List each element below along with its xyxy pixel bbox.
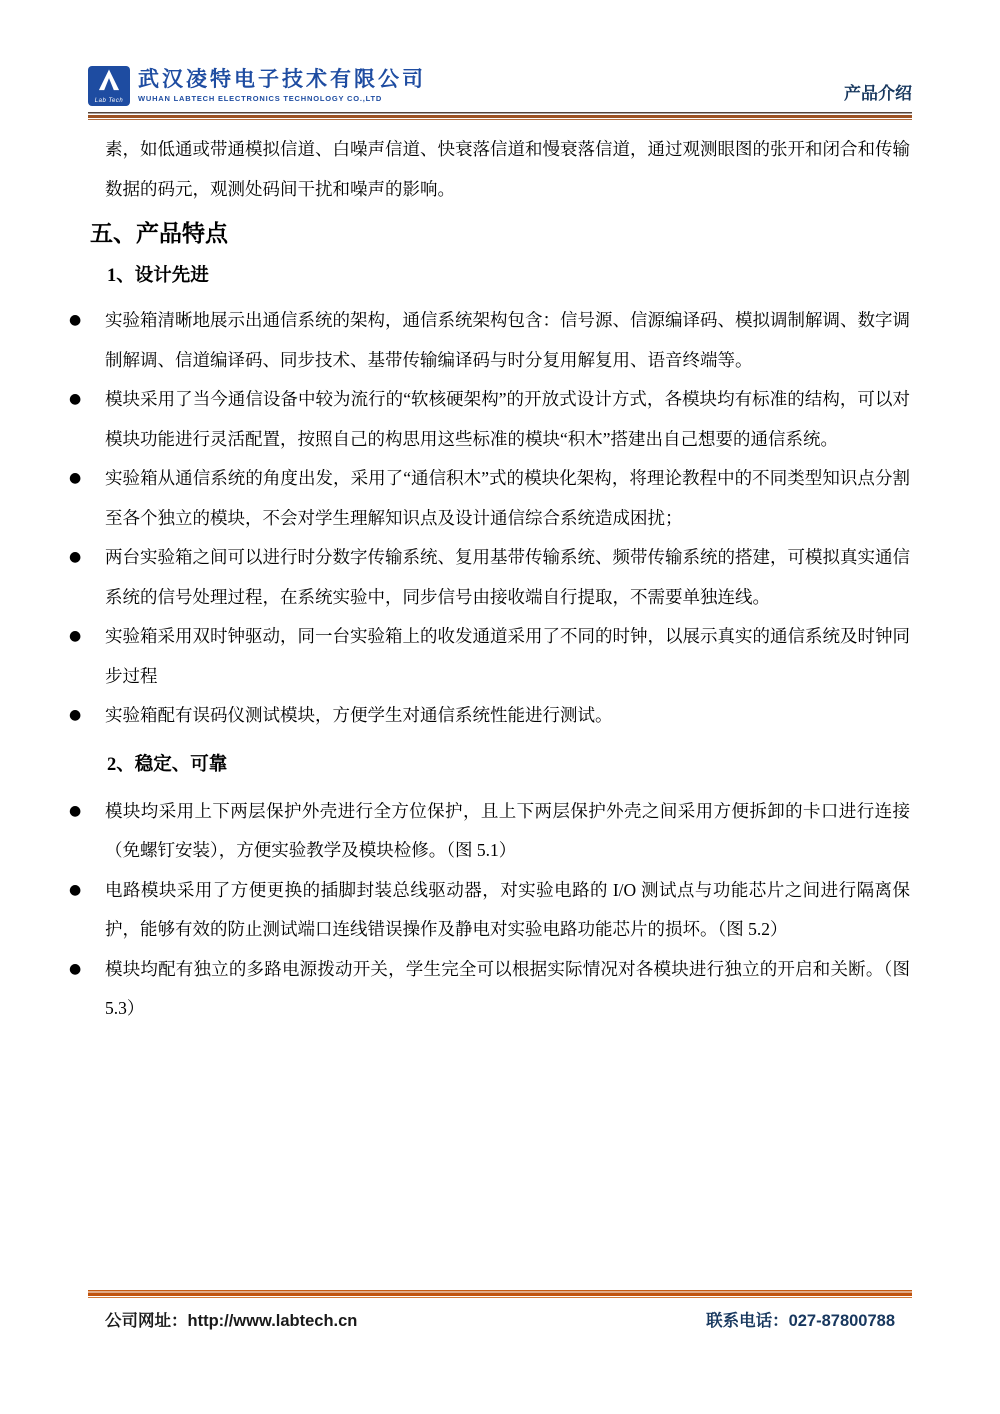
bullet-text: 模块均配有独立的多路电源拨动开关，学生完全可以根据实际情况对各模块进行独立的开启… [105, 959, 910, 1019]
bullet-item: ● 实验箱清晰地展示出通信系统的架构，通信系统架构包含：信号源、信源编译码、模拟… [105, 301, 910, 380]
company-name-cn: 武汉凌特电子技术有限公司 [138, 68, 426, 92]
bullet-text: 实验箱采用双时钟驱动，同一台实验箱上的收发通道采用了不同的时钟，以展示真实的通信… [105, 626, 910, 686]
bullet-item: ● 模块均配有独立的多路电源拨动开关，学生完全可以根据实际情况对各模块进行独立的… [105, 950, 910, 1029]
bullet-text: 实验箱清晰地展示出通信系统的架构，通信系统架构包含：信号源、信源编译码、模拟调制… [105, 310, 910, 370]
bullet-item: ● 实验箱采用双时钟驱动，同一台实验箱上的收发通道采用了不同的时钟，以展示真实的… [105, 617, 910, 696]
subsection-title-1: 1、设计先进 [107, 263, 910, 289]
bullet-item: ● 实验箱配有误码仪测试模块，方便学生对通信系统性能进行测试。 [105, 696, 910, 736]
page-footer: 公司网址：http://www.labtech.cn 联系电话：027-8780… [0, 1290, 1000, 1331]
bullet-item: ● 实验箱从通信系统的角度出发，采用了“通信积木”式的模块化架构，将理论教程中的… [105, 459, 910, 538]
bullet-icon: ● [69, 380, 81, 420]
document-body: 素，如低通或带通模拟信道、白噪声信道、快衰落信道和慢衰落信道，通过观测眼图的张开… [90, 130, 910, 1029]
bullet-item: ● 模块均采用上下两层保护外壳进行全方位保护，且上下两层保护外壳之间采用方便拆卸… [105, 792, 910, 871]
bullet-item: ● 两台实验箱之间可以进行时分数字传输系统、复用基带传输系统、频带传输系统的搭建… [105, 538, 910, 617]
brand-block: Lab Tech 武汉凌特电子技术有限公司 WUHAN LABTECH ELEC… [88, 66, 426, 106]
website-url: http://www.labtech.cn [188, 1312, 358, 1330]
labtech-logo: Lab Tech [88, 66, 130, 106]
bullet-text: 实验箱从通信系统的角度出发，采用了“通信积木”式的模块化架构，将理论教程中的不同… [105, 468, 910, 528]
bullet-icon: ● [69, 459, 81, 499]
page-header: Lab Tech 武汉凌特电子技术有限公司 WUHAN LABTECH ELEC… [0, 0, 1000, 106]
doc-title: 产品介绍 [844, 79, 912, 106]
footer-phone: 联系电话：027-87800788 [706, 1307, 895, 1331]
bullet-text: 电路模块采用了方便更换的插脚封装总线驱动器，对实验电路的 I/O 测试点与功能芯… [105, 880, 910, 940]
header-rule [88, 112, 912, 120]
bullet-icon: ● [69, 538, 81, 578]
document-page: { "bullet_glyph": "●", "header": { "logo… [0, 0, 1000, 1414]
bullet-icon: ● [69, 617, 81, 657]
phone-label: 联系电话： [706, 1312, 789, 1330]
bullet-item: ● 电路模块采用了方便更换的插脚封装总线驱动器，对实验电路的 I/O 测试点与功… [105, 871, 910, 950]
bullet-icon: ● [69, 950, 81, 990]
subsection-title-2: 2、稳定、可靠 [107, 752, 910, 778]
website-label: 公司网址： [105, 1312, 188, 1330]
bullet-icon: ● [69, 792, 81, 832]
footer-website: 公司网址：http://www.labtech.cn [105, 1307, 357, 1331]
bullet-icon: ● [69, 871, 81, 911]
logo-caption-text: Lab Tech [88, 98, 130, 104]
bullet-text: 两台实验箱之间可以进行时分数字传输系统、复用基带传输系统、频带传输系统的搭建，可… [105, 547, 910, 607]
bullet-item: ● 模块采用了当今通信设备中较为流行的“软核硬架构”的开放式设计方式，各模块均有… [105, 380, 910, 459]
section-title: 五、产品特点 [90, 219, 910, 247]
intro-paragraph: 素，如低通或带通模拟信道、白噪声信道、快衰落信道和慢衰落信道，通过观测眼图的张开… [105, 130, 910, 209]
bullet-text: 实验箱配有误码仪测试模块，方便学生对通信系统性能进行测试。 [105, 705, 613, 725]
bullet-text: 模块采用了当今通信设备中较为流行的“软核硬架构”的开放式设计方式，各模块均有标准… [105, 389, 910, 449]
company-name-en: WUHAN LABTECH ELECTRONICS TECHNOLOGY CO.… [138, 94, 426, 104]
footer-rule [88, 1290, 912, 1298]
bullet-list-2: ● 模块均采用上下两层保护外壳进行全方位保护，且上下两层保护外壳之间采用方便拆卸… [105, 792, 910, 1029]
bullet-text: 模块均采用上下两层保护外壳进行全方位保护，且上下两层保护外壳之间采用方便拆卸的卡… [105, 801, 910, 861]
bullet-icon: ● [69, 696, 81, 736]
bullet-list-1: ● 实验箱清晰地展示出通信系统的架构，通信系统架构包含：信号源、信源编译码、模拟… [105, 301, 910, 736]
bullet-icon: ● [69, 301, 81, 341]
phone-number: 027-87800788 [789, 1312, 895, 1330]
